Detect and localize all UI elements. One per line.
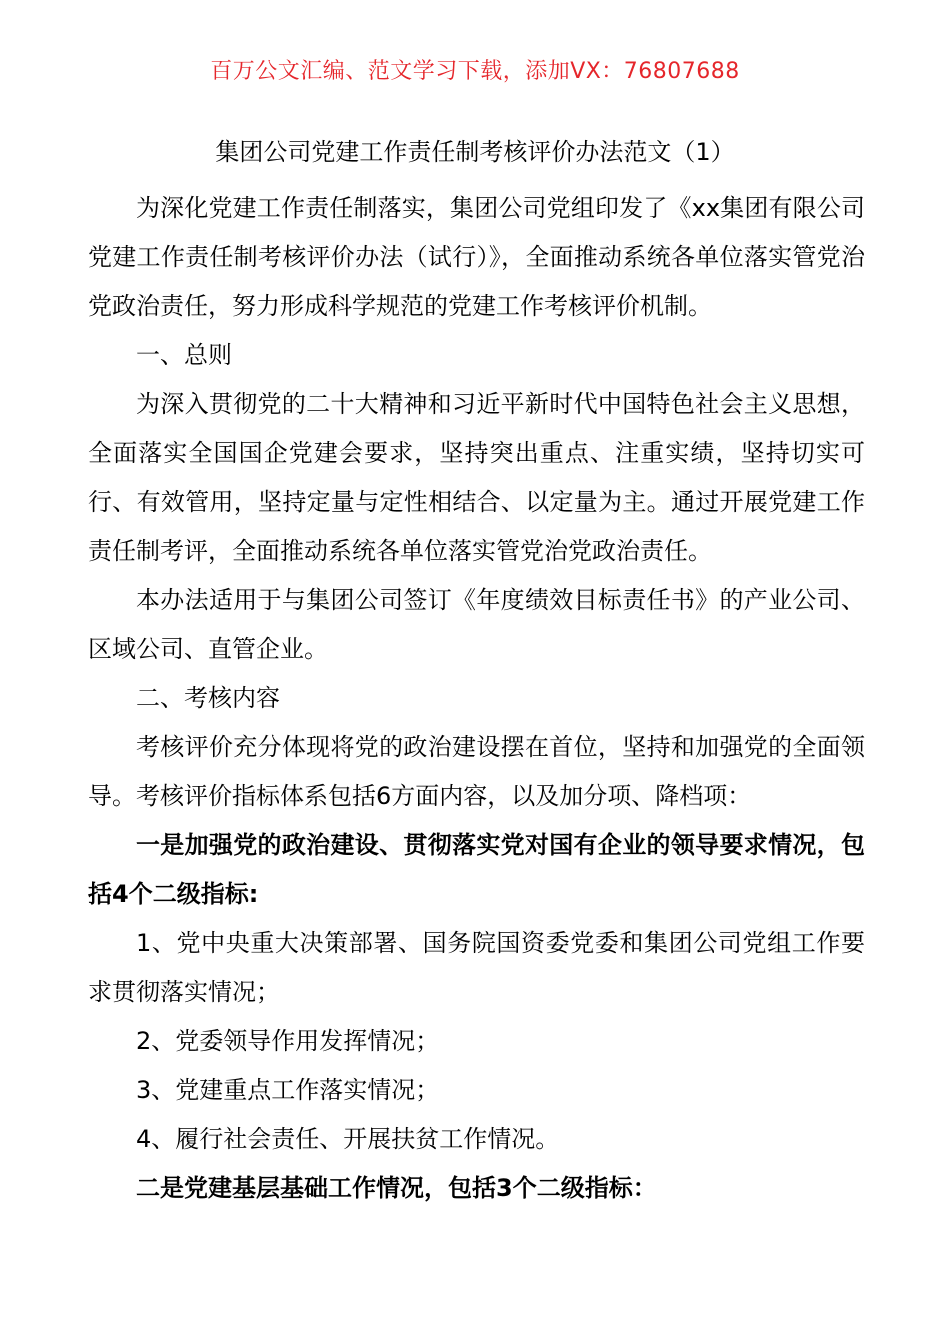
document-body: 为深化党建工作责任制落实，集团公司党组印发了《xx集团有限公司党建工作责任制考核… <box>88 184 865 1213</box>
list-item-1: 1、党中央重大决策部署、国务院国资委党委和集团公司党组工作要求贯彻落实情况； <box>88 919 865 1017</box>
heading-general-rules: 一、总则 <box>88 331 865 380</box>
document-title: 集团公司党建工作责任制考核评价办法范文（1） <box>0 135 950 169</box>
para-assessment-overview: 考核评价充分体现将党的政治建设摆在首位，坚持和加强党的全面领导。考核评价指标体系… <box>88 723 865 821</box>
list-item-4: 4、履行社会责任、开展扶贫工作情况。 <box>88 1115 865 1164</box>
promo-notice: 百万公文汇编、范文学习下载，添加VX：76807688 <box>0 0 950 87</box>
list-item-2: 2、党委领导作用发挥情况； <box>88 1017 865 1066</box>
para-intro: 为深化党建工作责任制落实，集团公司党组印发了《xx集团有限公司党建工作责任制考核… <box>88 184 865 331</box>
para-indicator-group-2: 二是党建基层基础工作情况，包括3个二级指标： <box>88 1164 865 1213</box>
heading-assessment-content: 二、考核内容 <box>88 674 865 723</box>
para-general-principle: 为深入贯彻党的二十大精神和习近平新时代中国特色社会主义思想，全面落实全国国企党建… <box>88 380 865 576</box>
para-indicator-group-1: 一是加强党的政治建设、贯彻落实党对国有企业的领导要求情况，包括4个二级指标: <box>88 821 865 919</box>
document-page: 百万公文汇编、范文学习下载，添加VX：76807688 集团公司党建工作责任制考… <box>0 0 950 1344</box>
list-item-3: 3、党建重点工作落实情况； <box>88 1066 865 1115</box>
para-scope: 本办法适用于与集团公司签订《年度绩效目标责任书》的产业公司、区域公司、直管企业。 <box>88 576 865 674</box>
